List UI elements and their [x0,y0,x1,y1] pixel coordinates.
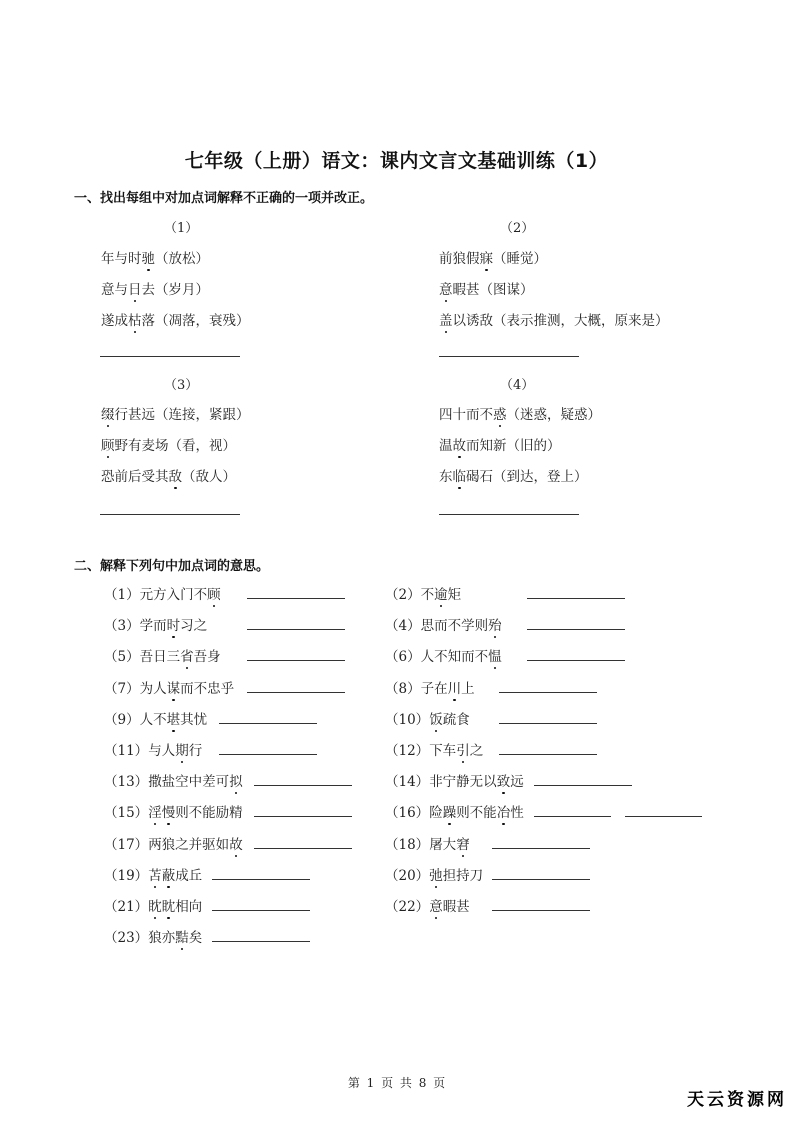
dotted-char: 寐 [480,247,494,267]
dotted-char: 眈 [148,895,162,915]
answer-blank-6[interactable] [527,660,625,661]
watermark-logo: 天云资源网 [687,1085,787,1110]
text: 不 [421,587,435,603]
text: 人不知而不 [421,649,489,665]
dotted-char: 意 [429,895,443,915]
question-number: （20） [385,868,429,884]
text: 习之 [180,618,207,634]
answer-blank[interactable] [439,514,579,515]
dotted-char: 顾 [207,583,221,603]
answer-blank-16b[interactable] [625,816,702,817]
dotted-char: 眈 [162,895,176,915]
question-number: （13） [104,774,148,790]
text: 四十而不 [439,407,493,423]
question-23: （23）狼亦黠矣 [104,926,202,946]
question-number: （6） [385,649,421,665]
dotted-char: 殆 [488,614,502,634]
text: 则不能励精 [175,805,243,821]
text: 远 [510,774,524,790]
text: 而不忠乎 [180,681,234,697]
question-number: （9） [104,712,140,728]
question-8: （8）子在川上 [385,677,475,697]
group-item: 年与时驰（放松） [101,247,209,267]
section-1-heading: 一、找出每组中对加点词解释不正确的一项并改正。 [74,187,373,206]
answer-blank-2[interactable] [527,598,625,599]
text: 成丘 [175,868,202,884]
dotted-char: 意 [439,278,453,298]
answer-blank-1[interactable] [247,598,345,599]
answer-blank-20[interactable] [492,879,590,880]
question-12: （12）下车引之 [385,739,483,759]
question-18: （18）屠大窘 [385,833,470,853]
text: 去（岁月） [142,282,210,298]
text: 人不 [140,712,167,728]
answer-blank[interactable] [100,514,240,515]
text: （敌人） [182,469,236,485]
page-number: 第 1 页 共 8 页 [0,1074,793,1091]
dotted-char: 拟 [229,770,243,790]
group-item: 意与日去（岁月） [101,278,209,298]
text: 吾日三 [140,649,181,665]
answer-blank-18[interactable] [492,848,590,849]
question-4: （4）思而不学则殆 [385,614,502,634]
question-number: （2） [385,587,421,603]
question-number: （21） [104,899,148,915]
text: （迷惑，疑惑） [507,407,602,423]
text: 碣石（到达，登上） [466,469,588,485]
text: 行甚远（连接，紧跟） [115,407,250,423]
dotted-char: 逾 [434,583,448,603]
answer-blank-12[interactable] [499,754,597,755]
text: 暇甚 [443,899,470,915]
dotted-char: 时 [167,614,181,634]
dotted-char: 期 [175,739,189,759]
question-number: （18） [385,837,429,853]
dotted-char: 枯 [128,309,142,329]
answer-blank-22[interactable] [492,910,590,911]
text: 年与时 [101,251,142,267]
text: 矣 [189,930,203,946]
dotted-char: 冶 [497,801,511,821]
dotted-char: 敌 [169,465,183,485]
answer-blank-13[interactable] [254,785,352,786]
answer-blank[interactable] [439,356,579,357]
dotted-char: 慢 [162,801,176,821]
question-16: （16）险躁则不能冶性 [385,801,524,821]
answer-blank-14[interactable] [534,785,632,786]
text: 险 [429,805,443,821]
text: 疏食 [443,712,470,728]
dotted-char: 淫 [148,801,162,821]
group-item: 温故而知新（旧的） [439,434,561,454]
question-20: （20）弛担持刀 [385,864,483,884]
group-item: 前狼假寐（睡觉） [439,247,547,267]
section-2-heading: 二、解释下列句中加点词的意思。 [74,555,269,574]
answer-blank-9[interactable] [219,723,317,724]
text: 与人 [148,743,175,759]
text: 两狼之并驱如 [148,837,229,853]
dotted-char: 窘 [456,833,470,853]
group-item: 顾野有麦场（看，视） [101,434,236,454]
dotted-char: 饭 [429,708,443,728]
text: 思而不学则 [421,618,489,634]
answer-blank-16a[interactable] [534,816,611,817]
dotted-char: 省 [180,645,194,665]
text: 屠大 [429,837,456,853]
text: 东 [439,469,453,485]
text: 学而 [140,618,167,634]
text: 撒盐空中差可 [148,774,229,790]
question-3: （3）学而时习之 [104,614,207,634]
answer-blank-10[interactable] [499,723,597,724]
text: 其忧 [180,712,207,728]
text: 之 [470,743,484,759]
answer-blank-15[interactable] [254,816,352,817]
group-item: 四十而不惑（迷惑，疑惑） [439,403,601,423]
question-number: （3） [104,618,140,634]
question-number: （7） [104,681,140,697]
question-number: （22） [385,899,429,915]
answer-blank-17[interactable] [254,848,352,849]
text: 担持刀 [443,868,484,884]
question-number: （10） [385,712,429,728]
text: 狼亦 [148,930,175,946]
group-item: 盖以诱敌（表示推测，大概，原来是） [439,309,669,329]
answer-blank-7[interactable] [247,692,345,693]
dotted-char: 缀 [101,403,115,423]
text: 温 [439,438,453,454]
question-11: （11）与人期行 [104,739,202,759]
group-label: （2） [500,217,534,236]
text: 吾身 [194,649,221,665]
dotted-char: 堪 [167,708,181,728]
dotted-char: 临 [453,465,467,485]
question-14: （14）非宁静无以致远 [385,770,524,790]
dotted-char: 弛 [429,864,443,884]
text: 暇甚（图谋） [453,282,534,298]
dotted-char: 盖 [439,309,453,329]
group-item: 恐前后受其敌（敌人） [101,465,236,485]
text: 野有麦场（看，视） [115,438,237,454]
text: 以诱敌（表示推测，大概，原来是） [453,313,669,329]
text: 行 [189,743,203,759]
text: （睡觉） [493,251,547,267]
text: 子在 [421,681,448,697]
text: 性 [510,805,524,821]
question-number: （1） [104,587,140,603]
text: （放松） [155,251,209,267]
answer-blank-8[interactable] [499,692,597,693]
answer-blank-3[interactable] [247,629,345,630]
question-13: （13）撒盐空中差可拟 [104,770,243,790]
text: 前狼假 [439,251,480,267]
question-number: （23） [104,930,148,946]
dotted-char: 引 [456,739,470,759]
question-17: （17）两狼之并驱如故 [104,833,243,853]
dotted-char: 黠 [175,926,189,946]
text: 相向 [175,899,202,915]
question-9: （9）人不堪其忧 [104,708,207,728]
text: 而知新（旧的） [466,438,561,454]
question-5: （5）吾日三省吾身 [104,645,221,665]
text: 为人 [140,681,167,697]
question-number: （16） [385,805,429,821]
answer-blank-4[interactable] [527,629,625,630]
text: 非宁静无以 [429,774,497,790]
question-19: （19）苫蔽成丘 [104,864,202,884]
text: 元方入门不 [140,587,208,603]
question-number: （8） [385,681,421,697]
dotted-char: 故 [453,434,467,454]
question-10: （10）饭疏食 [385,708,470,728]
question-7: （7）为人谋而不忠乎 [104,677,234,697]
text: 矩 [448,587,462,603]
text: 遂成 [101,313,128,329]
question-22: （22）意暇甚 [385,895,470,915]
question-number: （14） [385,774,429,790]
dotted-char: 致 [497,770,511,790]
text: 下车 [429,743,456,759]
dotted-char: 日 [128,278,142,298]
question-number: （11） [104,743,148,759]
text: 恐前后受其 [101,469,169,485]
group-item: 缀行甚远（连接，紧跟） [101,403,250,423]
question-1: （1）元方入门不顾 [104,583,221,603]
dotted-char: 躁 [443,801,457,821]
dotted-char: 顾 [101,434,115,454]
dotted-char: 驰 [142,247,156,267]
group-label: （1） [164,217,198,236]
answer-blank-23[interactable] [212,941,310,942]
text: 意与 [101,282,128,298]
group-item: 遂成枯落（凋落，衰残） [101,309,250,329]
question-number: （5） [104,649,140,665]
question-2: （2）不逾矩 [385,583,461,603]
question-15: （15）淫慢则不能励精 [104,801,243,821]
text: 上 [461,681,475,697]
question-number: （4） [385,618,421,634]
answer-blank-5[interactable] [247,660,345,661]
page-title: 七年级（上册）语文：课内文言文基础训练（1） [0,146,793,173]
answer-blank[interactable] [100,356,240,357]
dotted-char: 愠 [488,645,502,665]
group-item: 东临碣石（到达，登上） [439,465,588,485]
answer-blank-19[interactable] [212,879,310,880]
question-21: （21）眈眈相向 [104,895,202,915]
dotted-char: 苫 [148,864,162,884]
dotted-char: 蔽 [162,864,176,884]
answer-blank-21[interactable] [212,910,310,911]
group-label: （4） [500,374,534,393]
dotted-char: 惑 [493,403,507,423]
question-6: （6）人不知而不愠 [385,645,502,665]
question-number: （17） [104,837,148,853]
text: 则不能 [456,805,497,821]
question-number: （19） [104,868,148,884]
dotted-char: 川 [448,677,462,697]
text: 落（凋落，衰残） [142,313,250,329]
question-number: （12） [385,743,429,759]
dotted-char: 谋 [167,677,181,697]
dotted-char: 故 [229,833,243,853]
group-label: （3） [164,374,198,393]
group-item: 意暇甚（图谋） [439,278,534,298]
answer-blank-11[interactable] [219,754,317,755]
question-number: （15） [104,805,148,821]
